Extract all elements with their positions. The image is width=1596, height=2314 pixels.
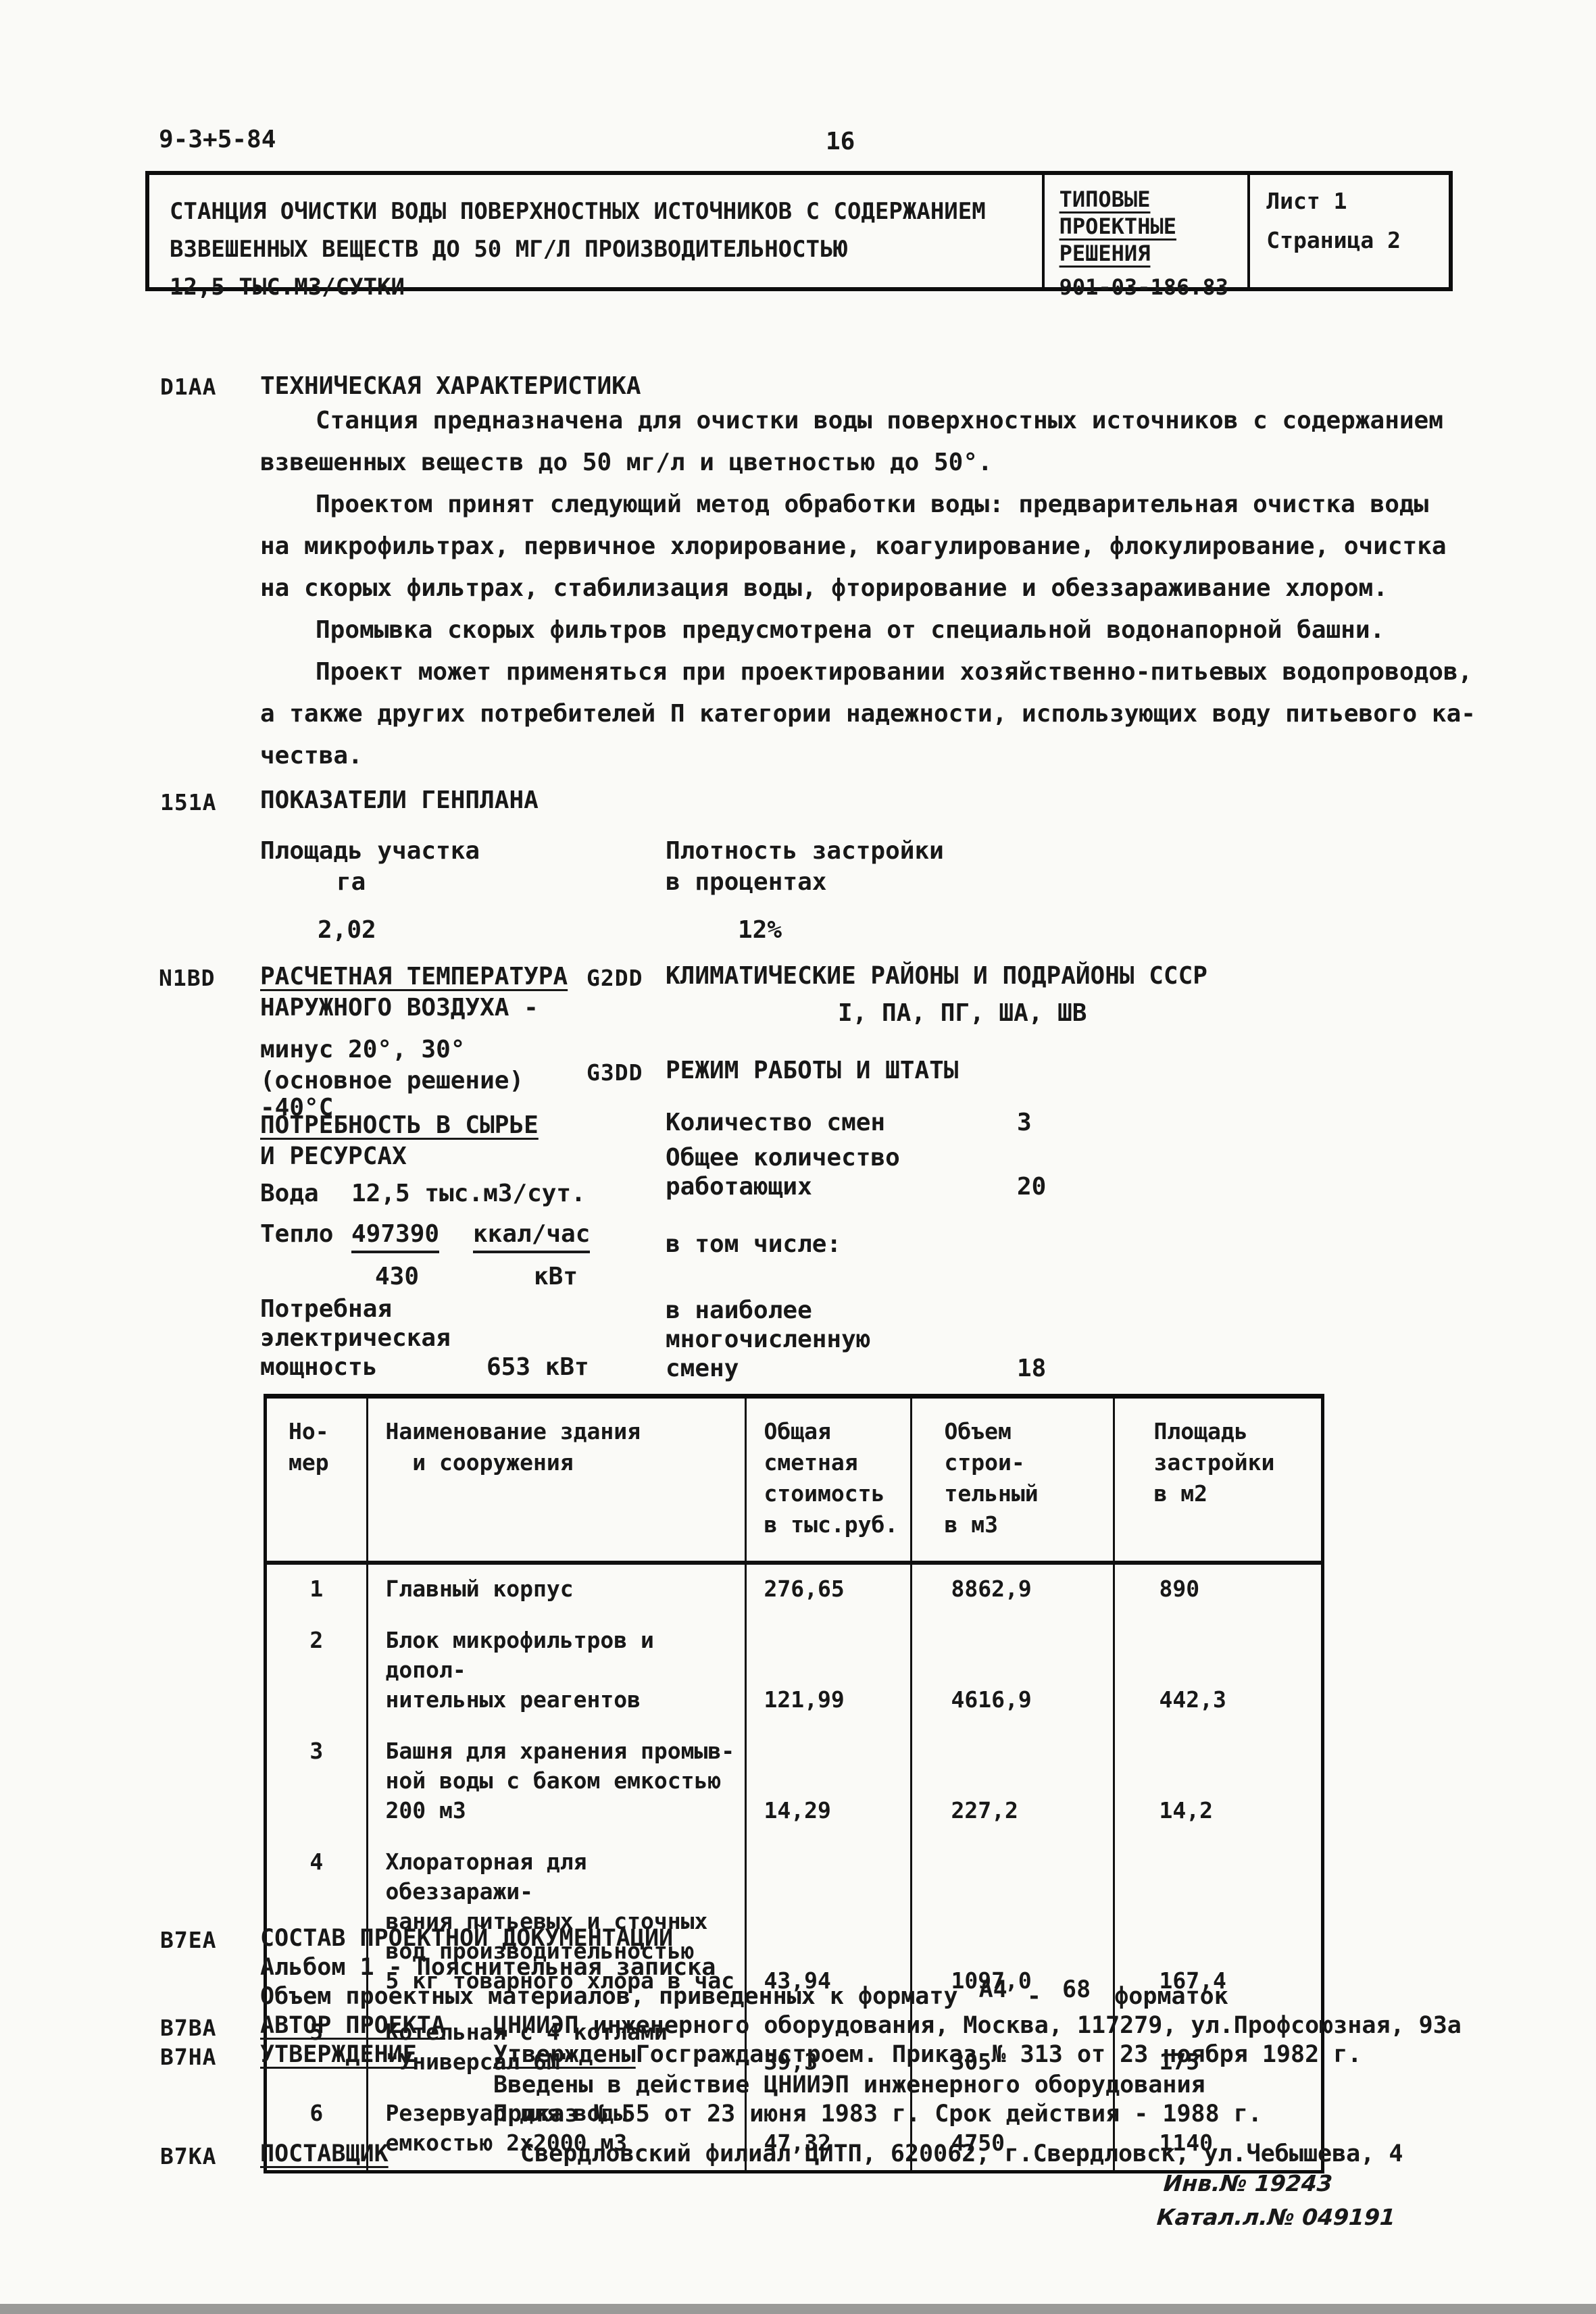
document-code: 9-3+5-84 bbox=[159, 125, 276, 155]
paragraph: Промывка скорых фильтров предусмотрена о… bbox=[260, 609, 1483, 651]
genplan-area-value: 2,02 bbox=[318, 915, 376, 945]
col-header-number: Но- мер bbox=[267, 1399, 367, 1563]
approval-word: Утверждены bbox=[493, 2041, 636, 2068]
section-code-tech: D1AA bbox=[160, 374, 216, 400]
genplan-density-value: 12% bbox=[738, 915, 782, 945]
col-header-volume: Объем строи- тельный в м3 bbox=[911, 1399, 1114, 1563]
paragraph: Проектом принят следующий метод обработк… bbox=[260, 484, 1483, 609]
temperature-value-1: минус 20°, 30° bbox=[260, 1034, 568, 1065]
approval-line-3: Приказ № 55 от 23 июня 1983 г. Срок дейс… bbox=[493, 2101, 1262, 2128]
resources-heat-alt-unit: кВт bbox=[534, 1262, 578, 1292]
table-header-row: Но- мер Наименование здания и сооружения… bbox=[267, 1399, 1321, 1563]
cell-volume: 227,2 bbox=[911, 1727, 1114, 1838]
docs-volume-prefix: Объем проектных материалов, приведенных … bbox=[260, 1983, 958, 2010]
cell-name: Блок микрофильтров и допол- нительных ре… bbox=[367, 1616, 745, 1727]
docs-volume-dash: - bbox=[1027, 1983, 1041, 2010]
genplan-density-unit: в процентах bbox=[666, 867, 826, 897]
resources-power-label: Потребная электрическая мощность bbox=[260, 1294, 451, 1382]
section-code-author: B7BA bbox=[160, 2015, 216, 2041]
climate-value: I, ПА, ПГ, ША, ШВ bbox=[838, 999, 1087, 1028]
regime-heading: РЕЖИМ РАБОТЫ И ШТАТЫ bbox=[666, 1056, 958, 1086]
temperature-heading-2: НАРУЖНОГО ВОЗДУХА - bbox=[260, 992, 568, 1024]
cell-volume: 8862,9 bbox=[911, 1563, 1114, 1616]
section-code-regime: G3DD bbox=[587, 1059, 643, 1086]
temperature-heading-1: РАСЧЕТНАЯ ТЕМПЕРАТУРА bbox=[260, 961, 568, 992]
resources-heat-alt-number: 430 bbox=[375, 1262, 419, 1292]
resources-heat-label: Тепло bbox=[260, 1219, 333, 1249]
genplan-area-label: Площадь участка bbox=[260, 836, 480, 866]
cell-cost: 14,29 bbox=[745, 1727, 911, 1838]
approval-label: УТВЕРЖДЕНИЕ bbox=[260, 2041, 417, 2068]
section-code-temperature: N1BD bbox=[159, 965, 215, 991]
author-value: ЦНИИЭП инженерного оборудования, Москва,… bbox=[493, 2012, 1462, 2039]
cell-area: 442,3 bbox=[1114, 1616, 1321, 1727]
inventory-number: Инв.№ 19243 bbox=[1163, 2170, 1334, 2196]
page-number: 16 bbox=[826, 127, 855, 157]
regime-including-label: в том числе: bbox=[666, 1230, 841, 1259]
title-block: СТАНЦИЯ ОЧИСТКИ ВОДЫ ПОВЕРХНОСТНЫХ ИСТОЧ… bbox=[145, 171, 1453, 291]
tech-paragraphs: Станция предназначена для очистки воды п… bbox=[260, 400, 1483, 777]
docs-block: СОСТАВ ПРОЕКТНОЙ ДОКУМЕНТАЦИИ Альбом 1 -… bbox=[260, 1924, 1228, 2011]
supplier-value: Свердловский филиал ЦИТП, 620062, г.Свер… bbox=[520, 2140, 1403, 2167]
regime-shifts-label: Количество смен bbox=[666, 1108, 885, 1138]
docs-volume-suffix: форматок bbox=[1114, 1983, 1228, 2010]
section-code-climate: G2DD bbox=[587, 965, 643, 991]
col-header-cost: Общая сметная стоимость в тыс.руб. bbox=[745, 1399, 911, 1563]
regime-max-shift-value: 18 bbox=[1017, 1354, 1046, 1384]
supplier-label: ПОСТАВЩИК bbox=[260, 2140, 389, 2167]
genplan-density-label: Плотность застройки bbox=[666, 836, 944, 866]
table-row: 3 Башня для хранения промыв- ной воды с … bbox=[267, 1727, 1321, 1838]
cell-cost: 121,99 bbox=[745, 1616, 911, 1727]
resources-heat-number: 497390 bbox=[351, 1219, 439, 1253]
docs-volume-line: Объем проектных материалов, приведенных … bbox=[260, 1982, 1228, 2011]
resources-power-value: 653 кВт bbox=[487, 1353, 589, 1382]
cell-volume: 4616,9 bbox=[911, 1616, 1114, 1727]
section-code-supplier: B7KA bbox=[160, 2143, 216, 2169]
col-header-name: Наименование здания и сооружения bbox=[367, 1399, 745, 1563]
regime-shifts-value: 3 bbox=[1017, 1108, 1032, 1138]
approval-value: УтвержденыГосгражданстроем. Приказ № 313… bbox=[493, 2041, 1362, 2068]
col-header-area: Площадь застройки в м2 bbox=[1114, 1399, 1321, 1563]
resources-heat-unit: ккал/час bbox=[473, 1219, 590, 1253]
docs-volume-count: 68 bbox=[1062, 1976, 1091, 2003]
climate-heading: КЛИМАТИЧЕСКИЕ РАЙОНЫ И ПОДРАЙОНЫ СССР bbox=[666, 961, 1207, 991]
tech-heading: ТЕХНИЧЕСКАЯ ХАРАКТЕРИСТИКА bbox=[260, 372, 641, 401]
regime-total-label: Общее количество работающих bbox=[666, 1143, 900, 1201]
resources-heading-2: И РЕСУРСАХ bbox=[260, 1141, 539, 1172]
docs-heading: СОСТАВ ПРОЕКТНОЙ ДОКУМЕНТАЦИИ bbox=[260, 1924, 1228, 1953]
temperature-block: РАСЧЕТНАЯ ТЕМПЕРАТУРА НАРУЖНОГО ВОЗДУХА … bbox=[260, 961, 568, 1124]
approval-rest: Госгражданстроем. Приказ № 313 от 23 ноя… bbox=[636, 2041, 1362, 2068]
cell-name: Главный корпус bbox=[367, 1563, 745, 1616]
catalog-number: Катал.л.№ 049191 bbox=[1156, 2204, 1397, 2230]
section-code-approval: B7HA bbox=[160, 2044, 216, 2070]
resources-heading: ПОТРЕБНОСТЬ В СЫРЬЕ И РЕСУРСАХ bbox=[260, 1110, 539, 1172]
series-label: ТИПОВЫЕ ПРОЕКТНЫЕ РЕШЕНИЯ bbox=[1059, 186, 1248, 267]
table-row: 2 Блок микрофильтров и допол- нительных … bbox=[267, 1616, 1321, 1727]
cell-area: 14,2 bbox=[1114, 1727, 1321, 1838]
paragraph: Проект может применяться при проектирова… bbox=[260, 651, 1483, 777]
scan-edge bbox=[0, 2304, 1596, 2314]
cell-name: Башня для хранения промыв- ной воды с ба… bbox=[367, 1727, 745, 1838]
section-code-docs: B7EA bbox=[160, 1927, 216, 1953]
author-label: АВТОР ПРОЕКТА bbox=[260, 2012, 445, 2039]
doc-title: СТАНЦИЯ ОЧИСТКИ ВОДЫ ПОВЕРХНОСТНЫХ ИСТОЧ… bbox=[170, 193, 1042, 306]
paragraph: Станция предназначена для очистки воды п… bbox=[260, 400, 1483, 484]
cell-area: 890 bbox=[1114, 1563, 1321, 1616]
table-row: 1 Главный корпус 276,65 8862,9 890 bbox=[267, 1563, 1321, 1616]
cell-cost: 276,65 bbox=[745, 1563, 911, 1616]
regime-max-shift-label: в наиболее многочисленную смену bbox=[666, 1296, 870, 1383]
genplan-area-unit: га bbox=[336, 867, 366, 897]
cell-number: 3 bbox=[267, 1727, 367, 1838]
cell-number: 2 bbox=[267, 1616, 367, 1727]
section-code-genplan: 151A bbox=[160, 789, 216, 815]
sheet-label: Лист 1 bbox=[1266, 187, 1449, 216]
docs-volume-format: А4 bbox=[979, 1976, 1007, 2003]
resources-water-label: Вода bbox=[260, 1179, 319, 1209]
series-number: 901-03-186.83 bbox=[1059, 274, 1248, 301]
approval-line-2: Введены в действие ЦНИИЭП инженерного об… bbox=[493, 2071, 1205, 2098]
regime-total-value: 20 bbox=[1017, 1172, 1046, 1202]
resources-water-value: 12,5 тыс.м3/сут. bbox=[351, 1179, 586, 1209]
document-page: 9-3+5-84 16 СТАНЦИЯ ОЧИСТКИ ВОДЫ ПОВЕРХН… bbox=[0, 0, 1596, 2314]
page-label: Страница 2 bbox=[1266, 226, 1449, 255]
cell-number: 1 bbox=[267, 1563, 367, 1616]
genplan-heading: ПОКАЗАТЕЛИ ГЕНПЛАНА bbox=[260, 786, 539, 815]
resources-heading-1: ПОТРЕБНОСТЬ В СЫРЬЕ bbox=[260, 1110, 539, 1141]
